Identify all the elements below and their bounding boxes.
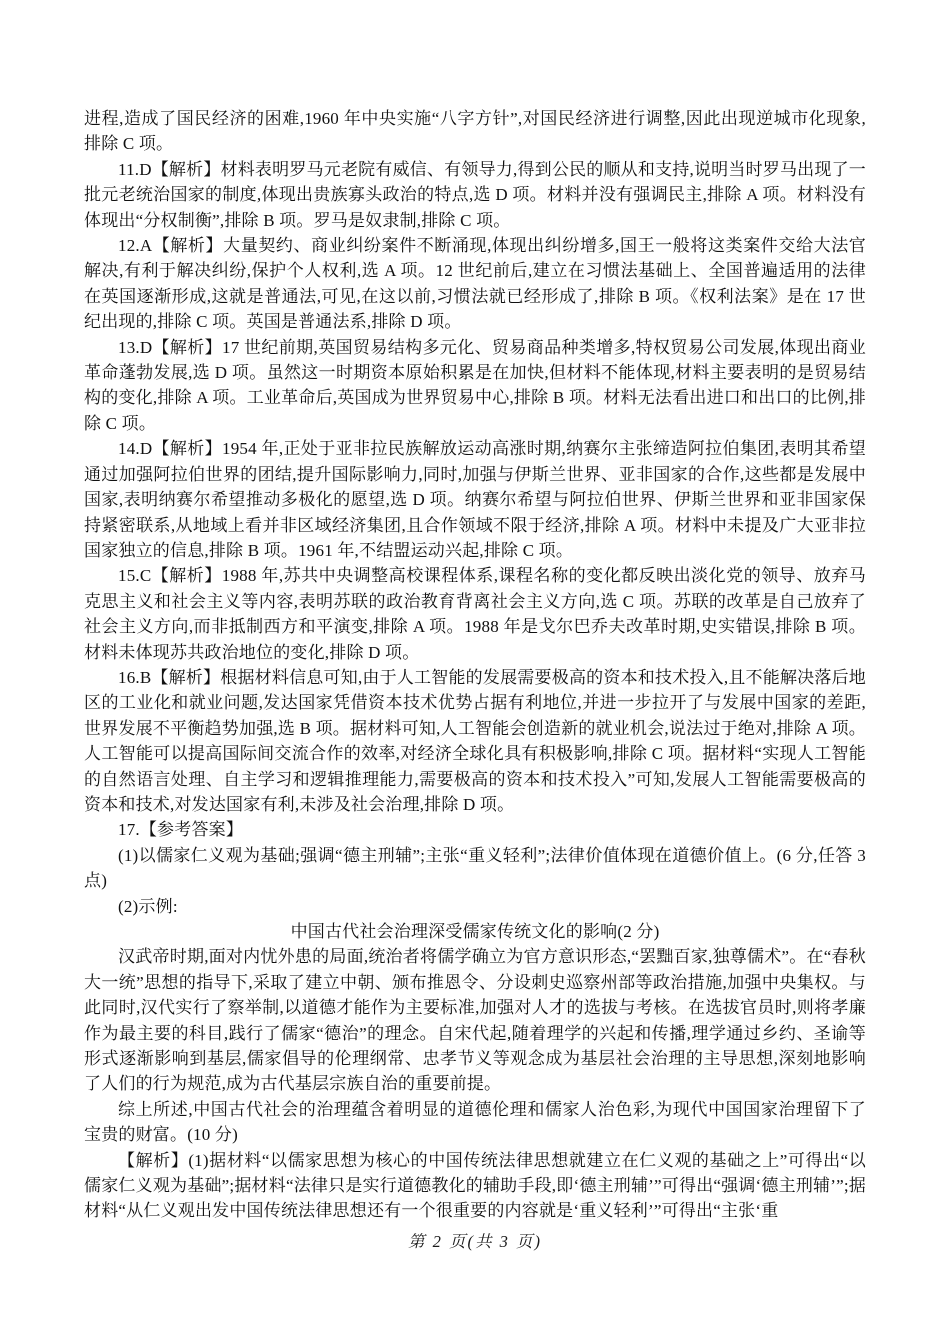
paragraph-answer-15: 15.C【解析】1988 年,苏共中央调整高校课程体系,课程名称的变化都反映出淡… bbox=[84, 563, 866, 665]
paragraph-answer-14: 14.D【解析】1954 年,正处于亚非拉民族解放运动高涨时期,纳赛尔主张缔造阿… bbox=[84, 436, 866, 563]
paragraph-answer-17-part1: (1)以儒家仁义观为基础;强调“德主刑辅”;主张“重义轻利”;法律价值体现在道德… bbox=[84, 843, 866, 894]
essay-title: 中国古代社会治理深受儒家传统文化的影响(2 分) bbox=[84, 919, 866, 944]
paragraph-essay-body: 汉武帝时期,面对内忧外患的局面,统治者将儒学确立为官方意识形态,“罢黜百家,独尊… bbox=[84, 944, 866, 1096]
paragraph-answer-16: 16.B【解析】根据材料信息可知,由于人工智能的发展需要极高的资本和技术投入,且… bbox=[84, 665, 866, 817]
paragraph-answer-12: 12.A【解析】大量契约、商业纠纷案件不断涌现,体现出纠纷增多,国王一般将这类案… bbox=[84, 233, 866, 335]
page-number-footer: 第 2 页(共 3 页) bbox=[0, 1228, 950, 1252]
paragraph-answer-17-header: 17.【参考答案】 bbox=[84, 817, 866, 842]
paragraph-answer-17-analysis: 【解析】(1)据材料“以儒家思想为核心的中国传统法律思想就建立在仁义观的基础之上… bbox=[84, 1148, 866, 1224]
paragraph-q10-continuation: 进程,造成了国民经济的困难,1960 年中央实施“八字方针”,对国民经济进行调整… bbox=[84, 106, 866, 157]
paragraph-essay-conclusion: 综上所述,中国古代社会的治理蕴含着明显的道德伦理和儒家人治色彩,为现代中国国家治… bbox=[84, 1097, 866, 1148]
document-page: { "document": { "paragraphs": [ { "style… bbox=[0, 0, 950, 1324]
paragraph-answer-13: 13.D【解析】17 世纪前期,英国贸易结构多元化、贸易商品种类增多,特权贸易公… bbox=[84, 335, 866, 437]
paragraph-answer-17-part2-label: (2)示例: bbox=[84, 894, 866, 919]
document-body: 进程,造成了国民经济的困难,1960 年中央实施“八字方针”,对国民经济进行调整… bbox=[84, 106, 866, 1224]
paragraph-answer-11: 11.D【解析】材料表明罗马元老院有威信、有领导力,得到公民的顺从和支持,说明当… bbox=[84, 157, 866, 233]
